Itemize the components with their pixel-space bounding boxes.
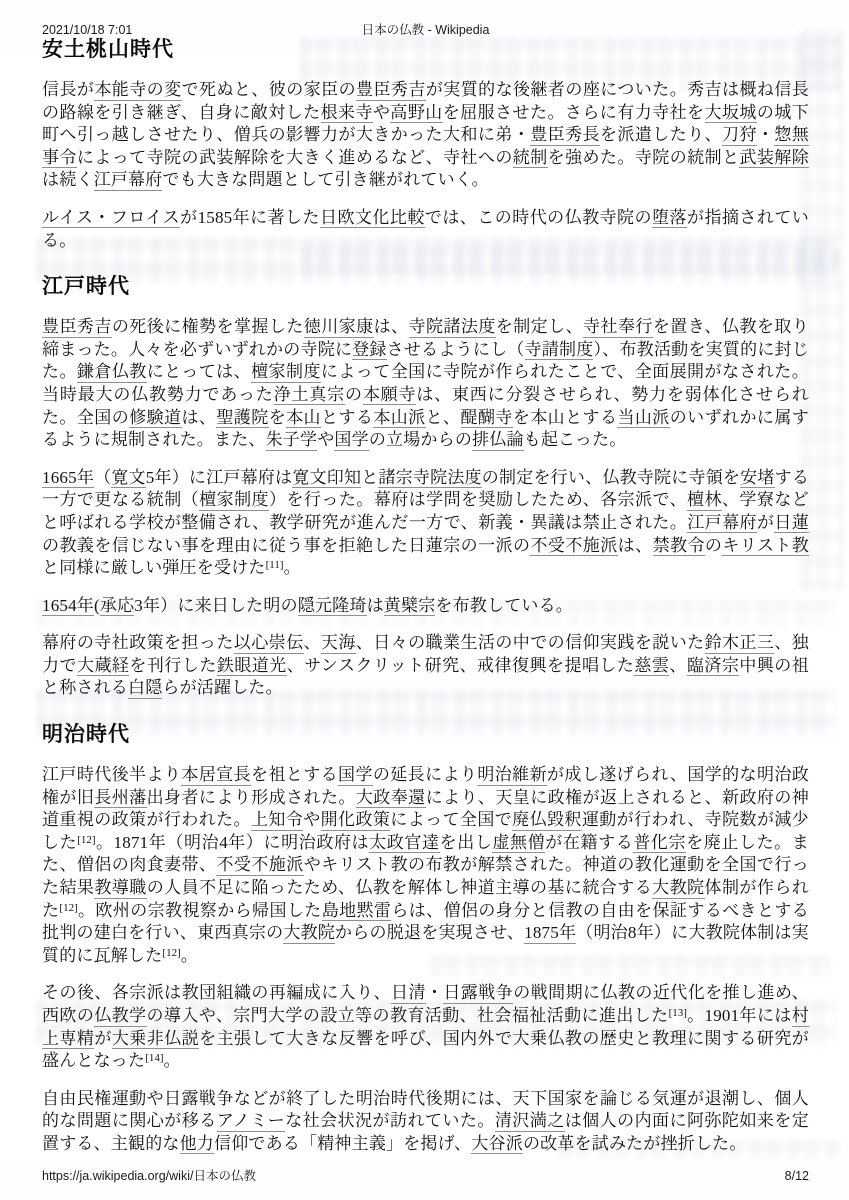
link-text: 安堵 (740, 468, 774, 489)
link-text: 臨済宗 (687, 656, 739, 677)
paragraph: ルイス・フロイスが1585年に著した日欧文化比較では、この時代の仏教寺院の堕落が… (42, 207, 809, 252)
link-text: 豊臣秀長 (530, 125, 600, 146)
link-text: 国学 (334, 430, 368, 451)
link-text: 本願寺 (363, 385, 417, 406)
link-text: 大蔵経 (77, 656, 129, 677)
link-text: 諸宗寺院法度 (378, 468, 481, 489)
printed-page: 2021/10/18 7:01 日本の仏教 - Wikipedia 安土桃山時代… (0, 0, 849, 1200)
text-run: と (361, 468, 378, 487)
text-run: させるようにし（ (387, 340, 525, 359)
reference-marker: [11] (266, 559, 284, 571)
text-run: の改革を試みたが挫折した。 (523, 1134, 747, 1153)
section-heading: 明治時代 (42, 722, 809, 747)
text-run: と、 (426, 408, 461, 427)
text-run: や (373, 103, 390, 122)
link-text: 当山派 (617, 408, 669, 429)
link-text: 仏教学 (94, 1006, 146, 1027)
text-run: を屈服させた。さらに有力寺社を (443, 103, 705, 122)
link-text: 檀林 (687, 490, 722, 511)
reference-marker: [13] (669, 1007, 687, 1019)
link-text: 鉄眼道光 (217, 656, 287, 677)
text-run: 、 (669, 656, 686, 675)
link-text: 島地黙雷 (322, 901, 392, 922)
reference-marker: [12] (77, 834, 95, 846)
text-run: は、 (374, 317, 409, 336)
reference-marker: [12] (162, 947, 180, 959)
link-text: 不受不施派 (216, 855, 303, 876)
text-run: 3年）に来日した明の (134, 596, 298, 615)
link-text: 廃仏毀釈 (512, 810, 582, 831)
text-run: からの脱退を実現させ、 (335, 923, 524, 942)
link-text: 黄檗宗 (384, 596, 436, 617)
text-run: が1585年に著した (180, 208, 320, 227)
link-text: 徳川家康 (304, 317, 374, 338)
link-text: 朱子学 (266, 430, 318, 451)
paragraph: その後、各宗派は教団組織の再編成に入り、日清・日露戦争の戦間期に仏教の近代化を推… (42, 982, 809, 1072)
link-text: 寺社奉行 (583, 317, 653, 338)
link-text: 寛文 (111, 468, 145, 489)
paragraph: 豊臣秀吉の死後に権勢を掌握した徳川家康は、寺院諸法度を制定し、寺社奉行を置き、仏… (42, 316, 809, 452)
paragraph: 江戸時代後半より本居宣長を祖とする国学の延長により明治維新が成し遂げられ、国学的… (42, 764, 809, 967)
link-text: 醍醐寺 (461, 408, 513, 429)
text-run: を出し (440, 833, 493, 852)
text-run: 信長が (42, 80, 94, 99)
link-text: 大坂城 (705, 103, 757, 124)
text-run: は、 (182, 408, 217, 427)
link-text: ルイス・フロイス (42, 208, 180, 229)
text-run: 5年）に江戸幕府は (146, 468, 293, 487)
link-text: 大谷派 (471, 1134, 523, 1155)
text-run: を本山とする (513, 408, 618, 427)
text-run: を刊行した (129, 656, 216, 675)
text-run: によって寺院の武装解除を大きく進めるなど、寺社への (77, 148, 513, 167)
text-run: を制定し、 (496, 317, 583, 336)
link-text: 禁教令 (653, 536, 705, 557)
link-text: 教導職 (94, 878, 146, 899)
text-run: 、 (304, 633, 321, 652)
text-run: で死ぬと、彼の家臣の (182, 80, 356, 99)
text-run: な社会状況が訪れていた。 (285, 1111, 495, 1130)
print-header: 2021/10/18 7:01 日本の仏教 - Wikipedia (42, 20, 809, 38)
link-text: 大政奉還 (356, 788, 426, 809)
link-text: 江戸幕府 (687, 513, 757, 534)
text-run: と同様に厳しい弾圧を受けた (42, 558, 266, 577)
link-text: 1665年 (42, 468, 94, 489)
link-text: 統制 (513, 148, 548, 169)
text-run: の死後に権勢を掌握した (112, 317, 304, 336)
link-text: 1654年 (42, 596, 94, 617)
text-run: その後、各宗派は教団組織の再編成に入り、 (42, 983, 391, 1002)
text-run: 出身者により形成された。 (147, 788, 356, 807)
text-run: の人員不足に陥ったため、仏教を解体し神道主導の基に統合する (147, 878, 652, 897)
text-run: は続く (42, 170, 94, 189)
text-run: を派遣したり、 (600, 125, 722, 144)
text-run: ）を行った。幕府は学問を奨励したため、各宗派で、 (269, 490, 687, 509)
text-run: も起こった。 (524, 430, 627, 449)
link-text: 根来寺 (321, 103, 373, 124)
text-run: の (705, 536, 722, 555)
print-timestamp: 2021/10/18 7:01 (42, 23, 362, 37)
link-text: 以心崇伝 (234, 633, 304, 654)
article-content: 安土桃山時代信長が本能寺の変で死ぬと、彼の家臣の豊臣秀吉が実質的な後継者の座につ… (42, 34, 809, 1171)
link-text: 鎌倉仏教 (77, 362, 147, 383)
text-run: 幕府の寺社政策を担った (42, 633, 234, 652)
link-text: 江戸幕府 (94, 170, 163, 191)
paragraph: 自由民権運動や日露戦争などが終了した明治時代後期には、天下国家を論じる気運が退潮… (42, 1088, 809, 1156)
text-run: ・ (757, 125, 774, 144)
link-text: 本山 (286, 408, 321, 429)
text-run: 。 (284, 558, 301, 577)
link-text: 慈雲 (634, 656, 669, 677)
link-text: 高野山 (390, 103, 442, 124)
text-run: にとっては、 (147, 362, 251, 381)
link-text: 寺請制度 (525, 340, 594, 361)
link-text: 浄土真宗 (274, 385, 345, 406)
text-run: の導入や、宗門大学の設立等の教育活動、社会福祉活動に進出した (147, 1006, 669, 1025)
link-text: 日蓮 (774, 513, 809, 534)
text-run: を強めた。寺院の統制と (548, 148, 740, 167)
text-run: の制定を行い、仏教寺院に寺領を (482, 468, 740, 487)
text-run: 。1901年には (687, 1006, 792, 1025)
text-run: は、 (618, 536, 653, 555)
text-run: とする (321, 408, 373, 427)
link-text: 鈴木正三 (705, 633, 775, 654)
text-run: 。1871年（明治4年）に明治政府は (96, 833, 370, 852)
link-text: 堕落 (652, 208, 687, 229)
link-text: 1875年 (524, 923, 576, 944)
link-text: 日欧文化比較 (320, 208, 425, 229)
print-url: https://ja.wikipedia.org/wiki/日本の仏教 (42, 1166, 256, 1184)
link-text: 白隠 (128, 678, 162, 699)
text-run: 。欧州の宗教視察から帰国した (78, 901, 322, 920)
text-run: ・ (426, 983, 443, 1002)
text-run: の (345, 385, 363, 404)
text-run: は (367, 596, 384, 615)
text-run: によって全国で (390, 810, 512, 829)
reference-marker: [12] (59, 902, 77, 914)
link-text: 本居宣長 (181, 765, 251, 786)
link-text: 刀狩 (722, 125, 757, 146)
link-text: 清沢満之 (495, 1111, 565, 1132)
text-run: が (757, 513, 774, 532)
paragraph: 1654年(承応3年）に来日した明の隠元隆琦は黄檗宗を布教している。 (42, 595, 809, 618)
link-text: 長州藩 (94, 788, 146, 809)
text-run: を布教している。 (435, 596, 573, 615)
link-text: 明治維新 (477, 765, 547, 786)
link-text: 他力 (180, 1134, 214, 1155)
text-run: の延長により (373, 765, 477, 784)
text-run: 江戸時代後半より (42, 765, 181, 784)
text-run: や (317, 430, 334, 449)
text-run: の教義を信じない事を理由に従う事を拒絶した日蓮宗の一派の (42, 536, 530, 555)
text-run: の立場からの (369, 430, 472, 449)
text-run: を (269, 408, 286, 427)
link-text: 虚無僧 (492, 833, 545, 854)
link-text: 排仏論 (472, 430, 524, 451)
link-text: 日露戦争 (443, 983, 513, 1004)
text-run: 、サンスクリット研究、戒律復興を提唱した (287, 656, 635, 675)
text-run: 。 (181, 946, 198, 965)
link-text: 武装解除 (739, 148, 809, 169)
text-run: らが活躍した。 (162, 678, 282, 697)
link-text: 太政官達 (369, 833, 439, 854)
link-text: 登録 (352, 340, 386, 361)
link-text: 大教院 (652, 878, 704, 899)
text-run: 。 (164, 1051, 181, 1070)
link-text: 檀家制度 (199, 490, 269, 511)
link-text: 承応 (100, 596, 134, 617)
link-text: 天海 (321, 633, 356, 654)
link-text: 寺院諸法度 (409, 317, 496, 338)
link-text: 日清 (391, 983, 426, 1004)
link-text: 檀家制度 (251, 362, 321, 383)
print-footer: https://ja.wikipedia.org/wiki/日本の仏教 8/12 (42, 1166, 809, 1184)
link-text: 豊臣秀吉 (356, 80, 426, 101)
link-text: 聖護院 (216, 408, 268, 429)
link-text: アノミー (217, 1111, 286, 1132)
paragraph: 信長が本能寺の変で死ぬと、彼の家臣の豊臣秀吉が実質的な後継者の座についた。秀吉は… (42, 79, 809, 192)
reference-marker: [14] (145, 1052, 163, 1064)
link-text: 大教院 (283, 923, 335, 944)
link-text: キリスト教 (722, 536, 809, 557)
text-run: を祖とする (251, 765, 338, 784)
link-text: 不受不施派 (530, 536, 617, 557)
link-text: 修験道 (129, 408, 181, 429)
text-run: では、この時代の仏教寺院の (425, 208, 652, 227)
section-heading: 安土桃山時代 (42, 37, 809, 62)
paragraph: 1665年（寛文5年）に江戸幕府は寛文印知と諸宗寺院法度の制定を行い、仏教寺院に… (42, 467, 809, 580)
link-text: 開化政策 (321, 810, 391, 831)
text-run: でも大きな問題として引き継がれていく。 (162, 170, 488, 189)
text-run: ( (94, 596, 100, 615)
text-run: が在籍する (545, 833, 633, 852)
text-run: 信仰である「精神主義」を掲げ、 (214, 1134, 471, 1153)
link-text: 本能寺の変 (94, 80, 181, 101)
paragraph: 幕府の寺社政策を担った以心崇伝、天海、日々の職業生活の中での信仰実践を説いた鈴木… (42, 632, 809, 700)
text-run: 、日々の職業生活の中での信仰実践を説いた (356, 633, 705, 652)
text-run: が (94, 1029, 111, 1048)
section-heading: 江戸時代 (42, 274, 809, 299)
link-text: 大乗非仏説 (112, 1029, 199, 1050)
link-text: 隠元隆琦 (298, 596, 367, 617)
link-text: 豊臣秀吉 (42, 317, 112, 338)
page-number: 8/12 (785, 1169, 809, 1183)
text-run: や (303, 810, 320, 829)
link-text: 本山派 (373, 408, 425, 429)
link-text: 上知令 (251, 810, 303, 831)
print-title: 日本の仏教 - Wikipedia (362, 20, 490, 38)
link-text: 寛文印知 (292, 468, 361, 489)
link-text: 普化宗 (633, 833, 686, 854)
link-text: 国学 (338, 765, 373, 786)
text-run: （ (94, 468, 111, 487)
